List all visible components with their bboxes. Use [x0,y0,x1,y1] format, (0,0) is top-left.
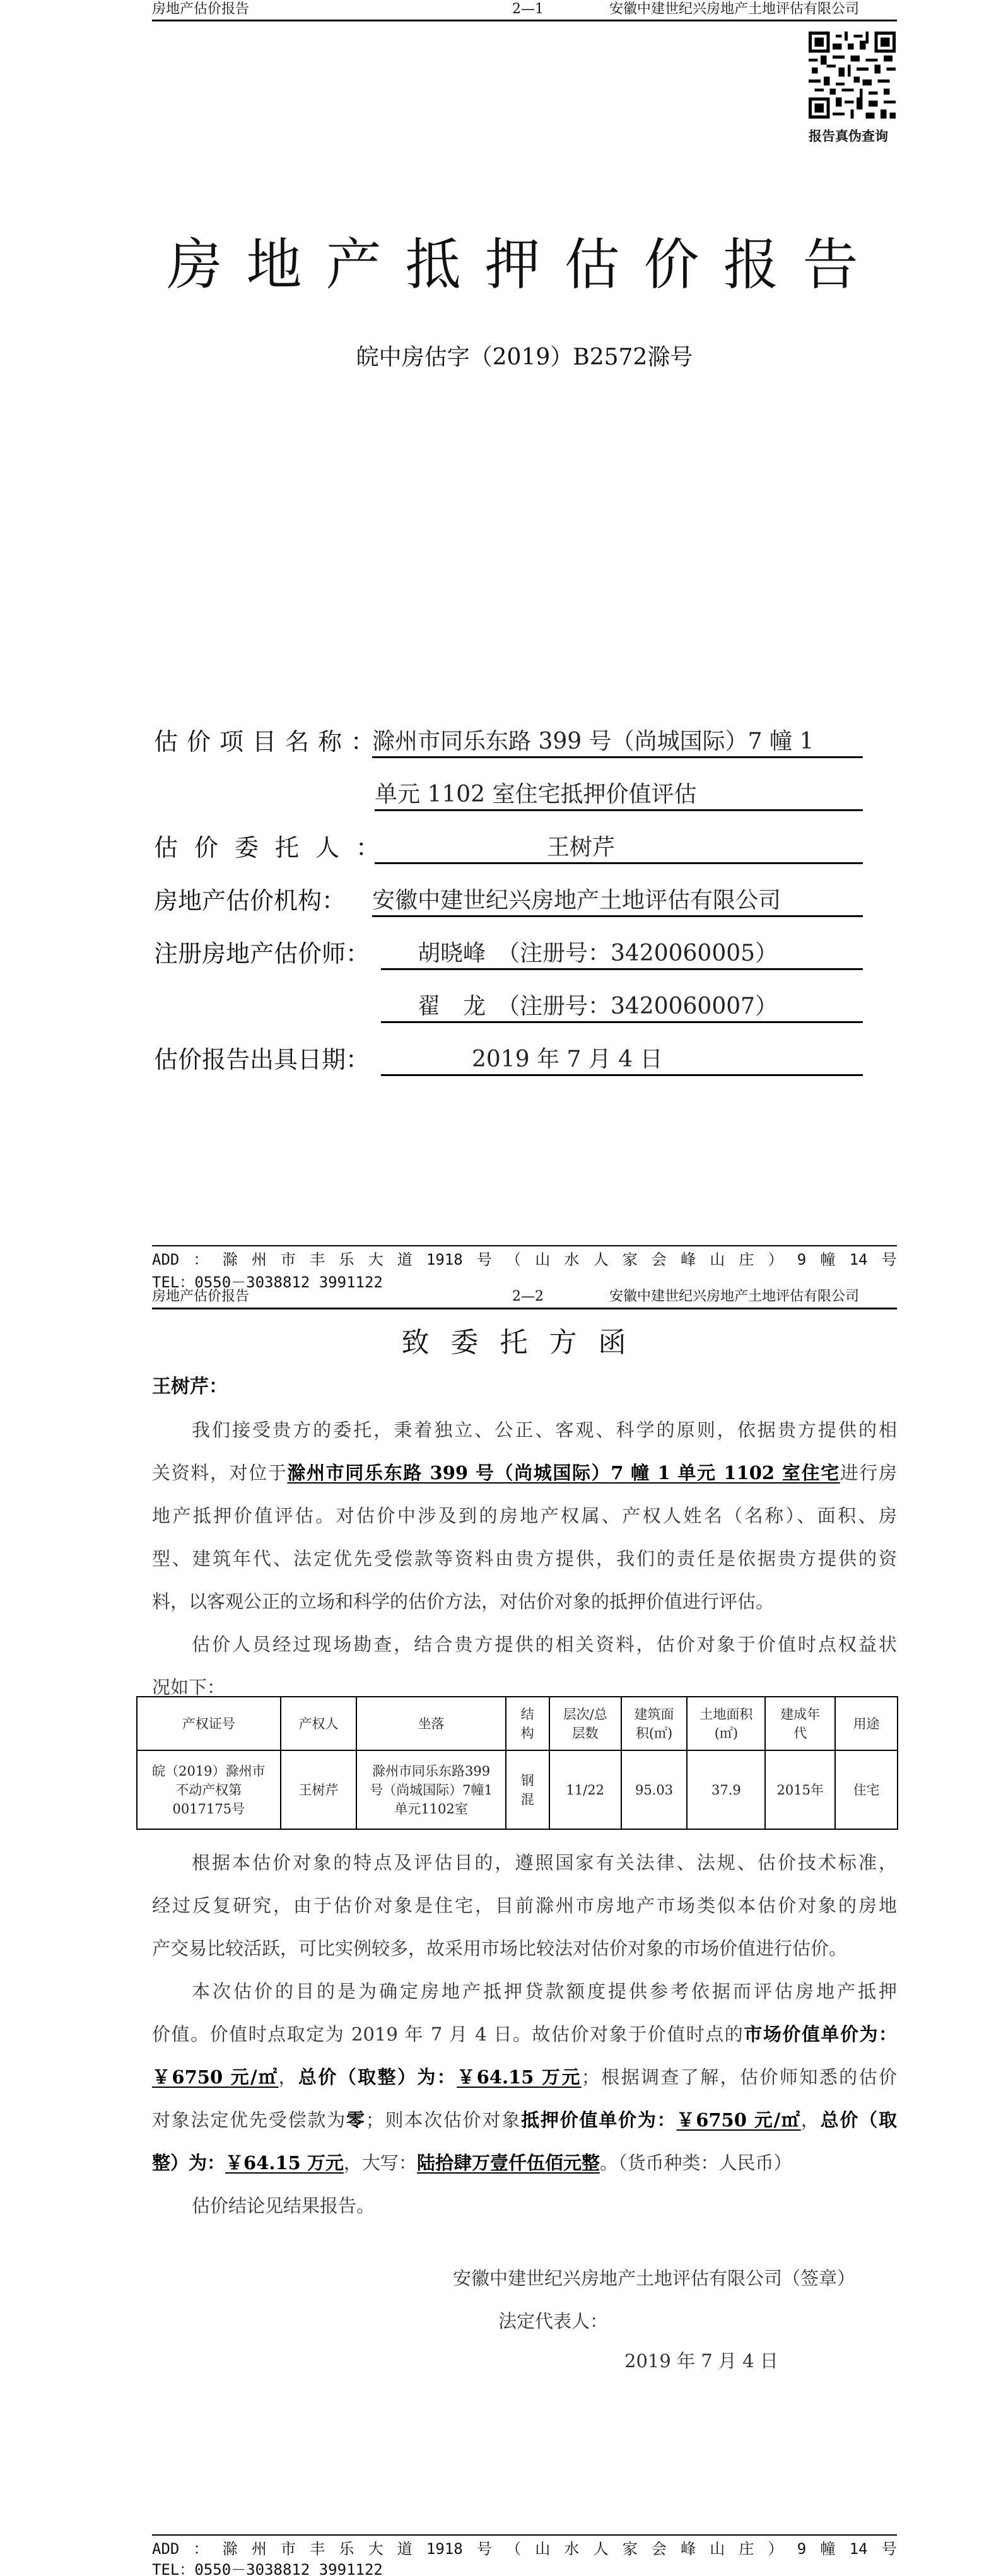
footer-address-token: ： [194,2540,209,2558]
footer-address: ADD：滁州市丰乐大道1918号（山水人家会峰山庄）9幢14号 [152,1251,897,1268]
footer-address-token: 14 [850,2540,868,2558]
text-segment: 进行房 [840,1462,897,1484]
col-header-floor: 层次/总层数 [549,1697,621,1750]
footer-address-token: 会 [652,2540,667,2558]
text-segment: 本次估价的目的是为确定房地产抵押贷款额度提供参考依据而评估房地产抵押 [192,1981,897,2002]
text-segment: 关资料，对位于 [152,1462,287,1484]
col-header-building-area: 建筑面积(㎡) [621,1697,688,1750]
text-segment: 况如下： [152,1677,225,1698]
paragraph-line: 地产抵押价值评估。对估价中涉及到的房地产权属、产权人姓名（名称）、面积、房 [152,1503,897,1528]
col-header-land-area: 土地面积(㎡) [687,1697,765,1750]
cell-location: 滁州市同乐东路399号（尚城国际）7幢1单元1102室 [356,1750,505,1829]
text-segment: 价值。价值时点取定为 2019 年 7 月 4 日。故估价对象于价值时点的 [152,2023,744,2045]
paragraph-line: 料，以客观公正的立场和科学的估价方法，对估价对象的抵押价值进行评估。 [152,1589,897,1614]
text-segment: 我们接受贵方的委托，秉着独立、公正、客观、科学的原则，依据贵方提供的相 [192,1419,897,1441]
header-company: 安徽中建世纪兴房地产土地评估有限公司 [609,1,859,18]
field-label-appraisers: 注册房地产估价师： [154,939,372,969]
cell-usage: 住宅 [835,1750,898,1829]
footer-phone: TEL：0550－3038812 3991122 [152,2561,897,2576]
footer-address-token: 水 [564,2540,579,2558]
footer-address-token: 幢 [820,1251,835,1268]
paragraph-line: 对象法定优先受偿款为零；则本次估价对象抵押价值单价为：￥6750 元/㎡，总价（… [152,2107,897,2133]
paragraph-line: 根据本估价对象的特点及评估目的，遵照国家有关法律、法规、估价技术标准， [192,1850,897,1875]
footer-address-token: ADD [152,2540,179,2558]
text-segment: 料，以客观公正的立场和科学的估价方法，对估价对象的抵押价值进行评估。 [152,1591,774,1612]
footer-divider [152,1245,897,1246]
text-segment: 估价结论见结果报告。 [192,2195,375,2216]
footer-address-token: 山 [535,2540,550,2558]
paragraph-line: 估价结论见结果报告。 [192,2193,897,2218]
col-header-build-year: 建成年代 [765,1697,835,1750]
emphasized-text: 滁州市同乐东路 399 号（尚城国际）7 幢 1 单元 1102 室住宅 [287,1462,840,1484]
footer-address-token: 庄 [739,1251,754,1268]
col-header-structure: 结构 [506,1697,549,1750]
cell-build-year: 2015年 [765,1750,835,1829]
col-header-cert-no: 产权证号 [137,1697,281,1750]
footer-address-token: 大 [368,1251,383,1268]
header-page-number: 2—1 [512,1,544,18]
cell-floor: 11/22 [549,1750,621,1829]
paragraph-line: ￥6750 元/㎡，总价（取整）为：￥64.15 万元；根据调查了解，估价师知悉… [152,2064,897,2090]
emphasized-text: 市场价值单价为： [744,2023,897,2045]
underline [372,915,863,917]
text-segment: 产交易比较活跃，可比实例较多，故采用市场比较法对估价对象的市场价值进行估价。 [152,1938,847,1959]
col-header-owner: 产权人 [281,1697,357,1750]
paragraph-line: 产交易比较活跃，可比实例较多，故采用市场比较法对估价对象的市场价值进行估价。 [152,1936,897,1961]
footer-address-token: ： [194,1251,209,1268]
underline [372,756,863,758]
field-value-project-name-line1: 滁州市同乐东路 399 号（尚城国际）7 幢 1 [372,727,814,757]
text-segment: 经过反复研究，由于估价对象是住宅，目前滁州市房地产市场类似本估价对象的房地 [152,1895,897,1916]
footer-address-token: 市 [281,1251,296,1268]
footer-divider [152,2534,897,2536]
text-segment: ；根据调查了解，估价师知悉的估价 [582,2066,897,2088]
footer-address-token: （ [506,2540,521,2558]
table-row: 皖（2019）滁州市不动产权第0017175号 王树芹 滁州市同乐东路399号（… [137,1750,898,1829]
cell-owner: 王树芹 [281,1750,357,1829]
field-value-client: 王树芹 [375,833,863,863]
underline [381,1021,863,1023]
paragraph-line: 型、建筑年代、法定优先受偿款等资料由贵方提供，我们的责任是依据贵方提供的资 [152,1546,897,1571]
text-segment: 地产抵押价值评估。对估价中涉及到的房地产权属、产权人姓名（名称）、面积、房 [152,1505,897,1526]
paragraph-line: 我们接受贵方的委托，秉着独立、公正、客观、科学的原则，依据贵方提供的相 [192,1417,897,1443]
qr-code-icon[interactable] [809,32,896,119]
text-segment: ， [278,2066,298,2088]
emphasized-text: ￥64.15 万元 [225,2152,344,2174]
footer-address-token: 大 [368,2540,383,2558]
col-header-usage: 用途 [835,1697,898,1750]
footer-address-token: 道 [397,2540,413,2558]
footer-address-token: 州 [252,1251,267,1268]
emphasized-text: 总价（取整）为： [298,2066,457,2088]
footer-address-token: 1918 [426,2540,463,2558]
cell-building-area: 95.03 [621,1750,688,1829]
underline [381,968,863,970]
underline [375,862,863,864]
footer-address-token: 会 [652,1251,667,1268]
field-value-appraiser-1: 胡晓峰 （注册号：3420060005） [418,939,778,969]
underline [375,809,863,811]
salutation: 王树芹： [152,1374,228,1400]
paragraph-line: 本次估价的目的是为确定房地产抵押贷款额度提供参考依据而评估房地产抵押 [192,1979,897,2004]
report-number: 皖中房估字（2019）B2572滁号 [152,344,897,372]
cell-cert-no: 皖（2019）滁州市不动产权第0017175号 [137,1750,281,1829]
cell-land-area: 37.9 [687,1750,765,1829]
footer-address-token: 市 [281,2540,296,2558]
footer-address-token: 人 [594,2540,609,2558]
footer-address: ADD：滁州市丰乐大道1918号（山水人家会峰山庄）9幢14号 [152,2540,897,2558]
footer-address-token: ） [768,1251,783,1268]
field-value-appraiser-2: 翟 龙 （注册号：3420060007） [418,992,778,1022]
paragraph-line: 价值。价值时点取定为 2019 年 7 月 4 日。故估价对象于价值时点的市场价… [152,2022,897,2047]
field-label-project-name: 估价项目名称： [154,727,372,757]
footer-address-token: （ [506,1251,521,1268]
emphasized-text: 整）为： [152,2152,225,2174]
footer-address-token: 人 [594,1251,609,1268]
footer-address-token: ADD [152,1251,179,1268]
header-company: 安徽中建世纪兴房地产土地评估有限公司 [609,1289,859,1305]
text-segment: 型、建筑年代、法定优先受偿款等资料由贵方提供，我们的责任是依据贵方提供的资 [152,1548,897,1569]
emphasized-text: ￥64.15 万元 [457,2066,582,2088]
text-segment: 对象法定优先受偿款为 [152,2109,346,2131]
footer-address-token: ） [768,2540,783,2558]
header-doc-type: 房地产估价报告 [152,1,249,18]
footer-address-token: 号 [477,2540,492,2558]
header-divider [152,1308,897,1309]
footer-address-token: 9 [797,1251,806,1268]
col-header-location: 坐落 [356,1697,505,1750]
footer-address-token: 州 [252,2540,267,2558]
signature-date: 2019 年 7 月 4 日 [624,2348,778,2374]
field-value-project-name-line2: 单元 1102 室住宅抵押价值评估 [375,780,697,810]
emphasized-text: 抵押价值单价为： [521,2109,676,2131]
footer-address-token: 号 [882,2540,897,2558]
footer-address-token: 山 [710,1251,725,1268]
letter-title: 致委托方函 [152,1326,897,1360]
footer-address-token: 14 [850,1251,868,1268]
text-segment: 估价人员经过现场勘查，结合贵方提供的相关资料，估价对象于价值时点权益状 [192,1634,897,1655]
emphasized-text: 总价（取 [821,2109,897,2131]
qr-caption: 报告真伪查询 [809,126,888,145]
text-segment: ；则本次估价对象 [366,2109,521,2131]
underline [381,1074,863,1076]
footer-address-token: 山 [710,2540,725,2558]
footer-address-token: 道 [397,1251,413,1268]
table-header-row: 产权证号 产权人 坐落 结构 层次/总层数 建筑面积(㎡) 土地面积(㎡) 建成… [137,1697,898,1750]
emphasized-text: 陆拾肆万壹仟伍佰元整 [417,2152,600,2174]
header-doc-type: 房地产估价报告 [152,1289,249,1305]
footer-address-token: 号 [477,1251,492,1268]
paragraph-line: 经过反复研究，由于估价对象是住宅，目前滁州市房地产市场类似本估价对象的房地 [152,1893,897,1918]
field-value-report-date: 2019 年 7 月 4 日 [472,1045,663,1075]
footer-address-token: 乐 [339,2540,354,2558]
footer-address-token: 滁 [223,2540,238,2558]
emphasized-text: ￥6750 元/㎡ [152,2066,278,2088]
footer-address-token: 峰 [681,2540,696,2558]
emphasized-text: ￥6750 元/㎡ [676,2109,800,2131]
footer-address-token: 丰 [310,1251,325,1268]
footer-address-token: 家 [623,2540,638,2558]
signature-legal-rep-label: 法定代表人： [498,2309,608,2334]
footer-address-token: 庄 [739,2540,754,2558]
text-segment: 。（货币种类：人民币） [600,2152,792,2174]
property-table: 产权证号 产权人 坐落 结构 层次/总层数 建筑面积(㎡) 土地面积(㎡) 建成… [136,1696,898,1830]
paragraph-line: 关资料，对位于滁州市同乐东路 399 号（尚城国际）7 幢 1 单元 1102 … [152,1460,897,1485]
footer-address-token: 家 [623,1251,638,1268]
footer-address-token: 山 [535,1251,550,1268]
report-title: 房地产抵押估价报告 [152,233,897,296]
footer-address-token: 9 [797,2540,806,2558]
header-page-number: 2—2 [512,1289,544,1305]
footer-address-token: 水 [564,1251,579,1268]
paragraph-line: 估价人员经过现场勘查，结合贵方提供的相关资料，估价对象于价值时点权益状 [192,1632,897,1657]
text-segment: ， [801,2109,821,2131]
footer-address-token: 乐 [339,1251,354,1268]
paragraph-line: 整）为：￥64.15 万元，大写：陆拾肆万壹仟伍佰元整。（货币种类：人民币） [152,2150,897,2175]
footer-address-token: 幢 [820,2540,835,2558]
text-segment: ，大写： [344,2152,417,2174]
signature-company: 安徽中建世纪兴房地产土地评估有限公司（签章） [453,2266,855,2291]
emphasized-text: 零 [346,2109,366,2131]
footer-address-token: 1918 [426,1251,463,1268]
footer-address-token: 滁 [223,1251,238,1268]
footer-address-token: 丰 [310,2540,325,2558]
header-divider [152,20,897,21]
field-label-client: 估价委托人： [154,833,372,863]
footer-address-token: 号 [882,1251,897,1268]
field-value-agency: 安徽中建世纪兴房地产土地评估有限公司 [372,886,781,916]
field-label-agency: 房地产估价机构： [154,886,372,916]
field-label-report-date: 估价报告出具日期： [154,1045,372,1075]
footer-address-token: 峰 [681,1251,696,1268]
text-segment: 根据本估价对象的特点及评估目的，遵照国家有关法律、法规、估价技术标准， [192,1852,897,1873]
cell-structure: 钢混 [506,1750,549,1829]
